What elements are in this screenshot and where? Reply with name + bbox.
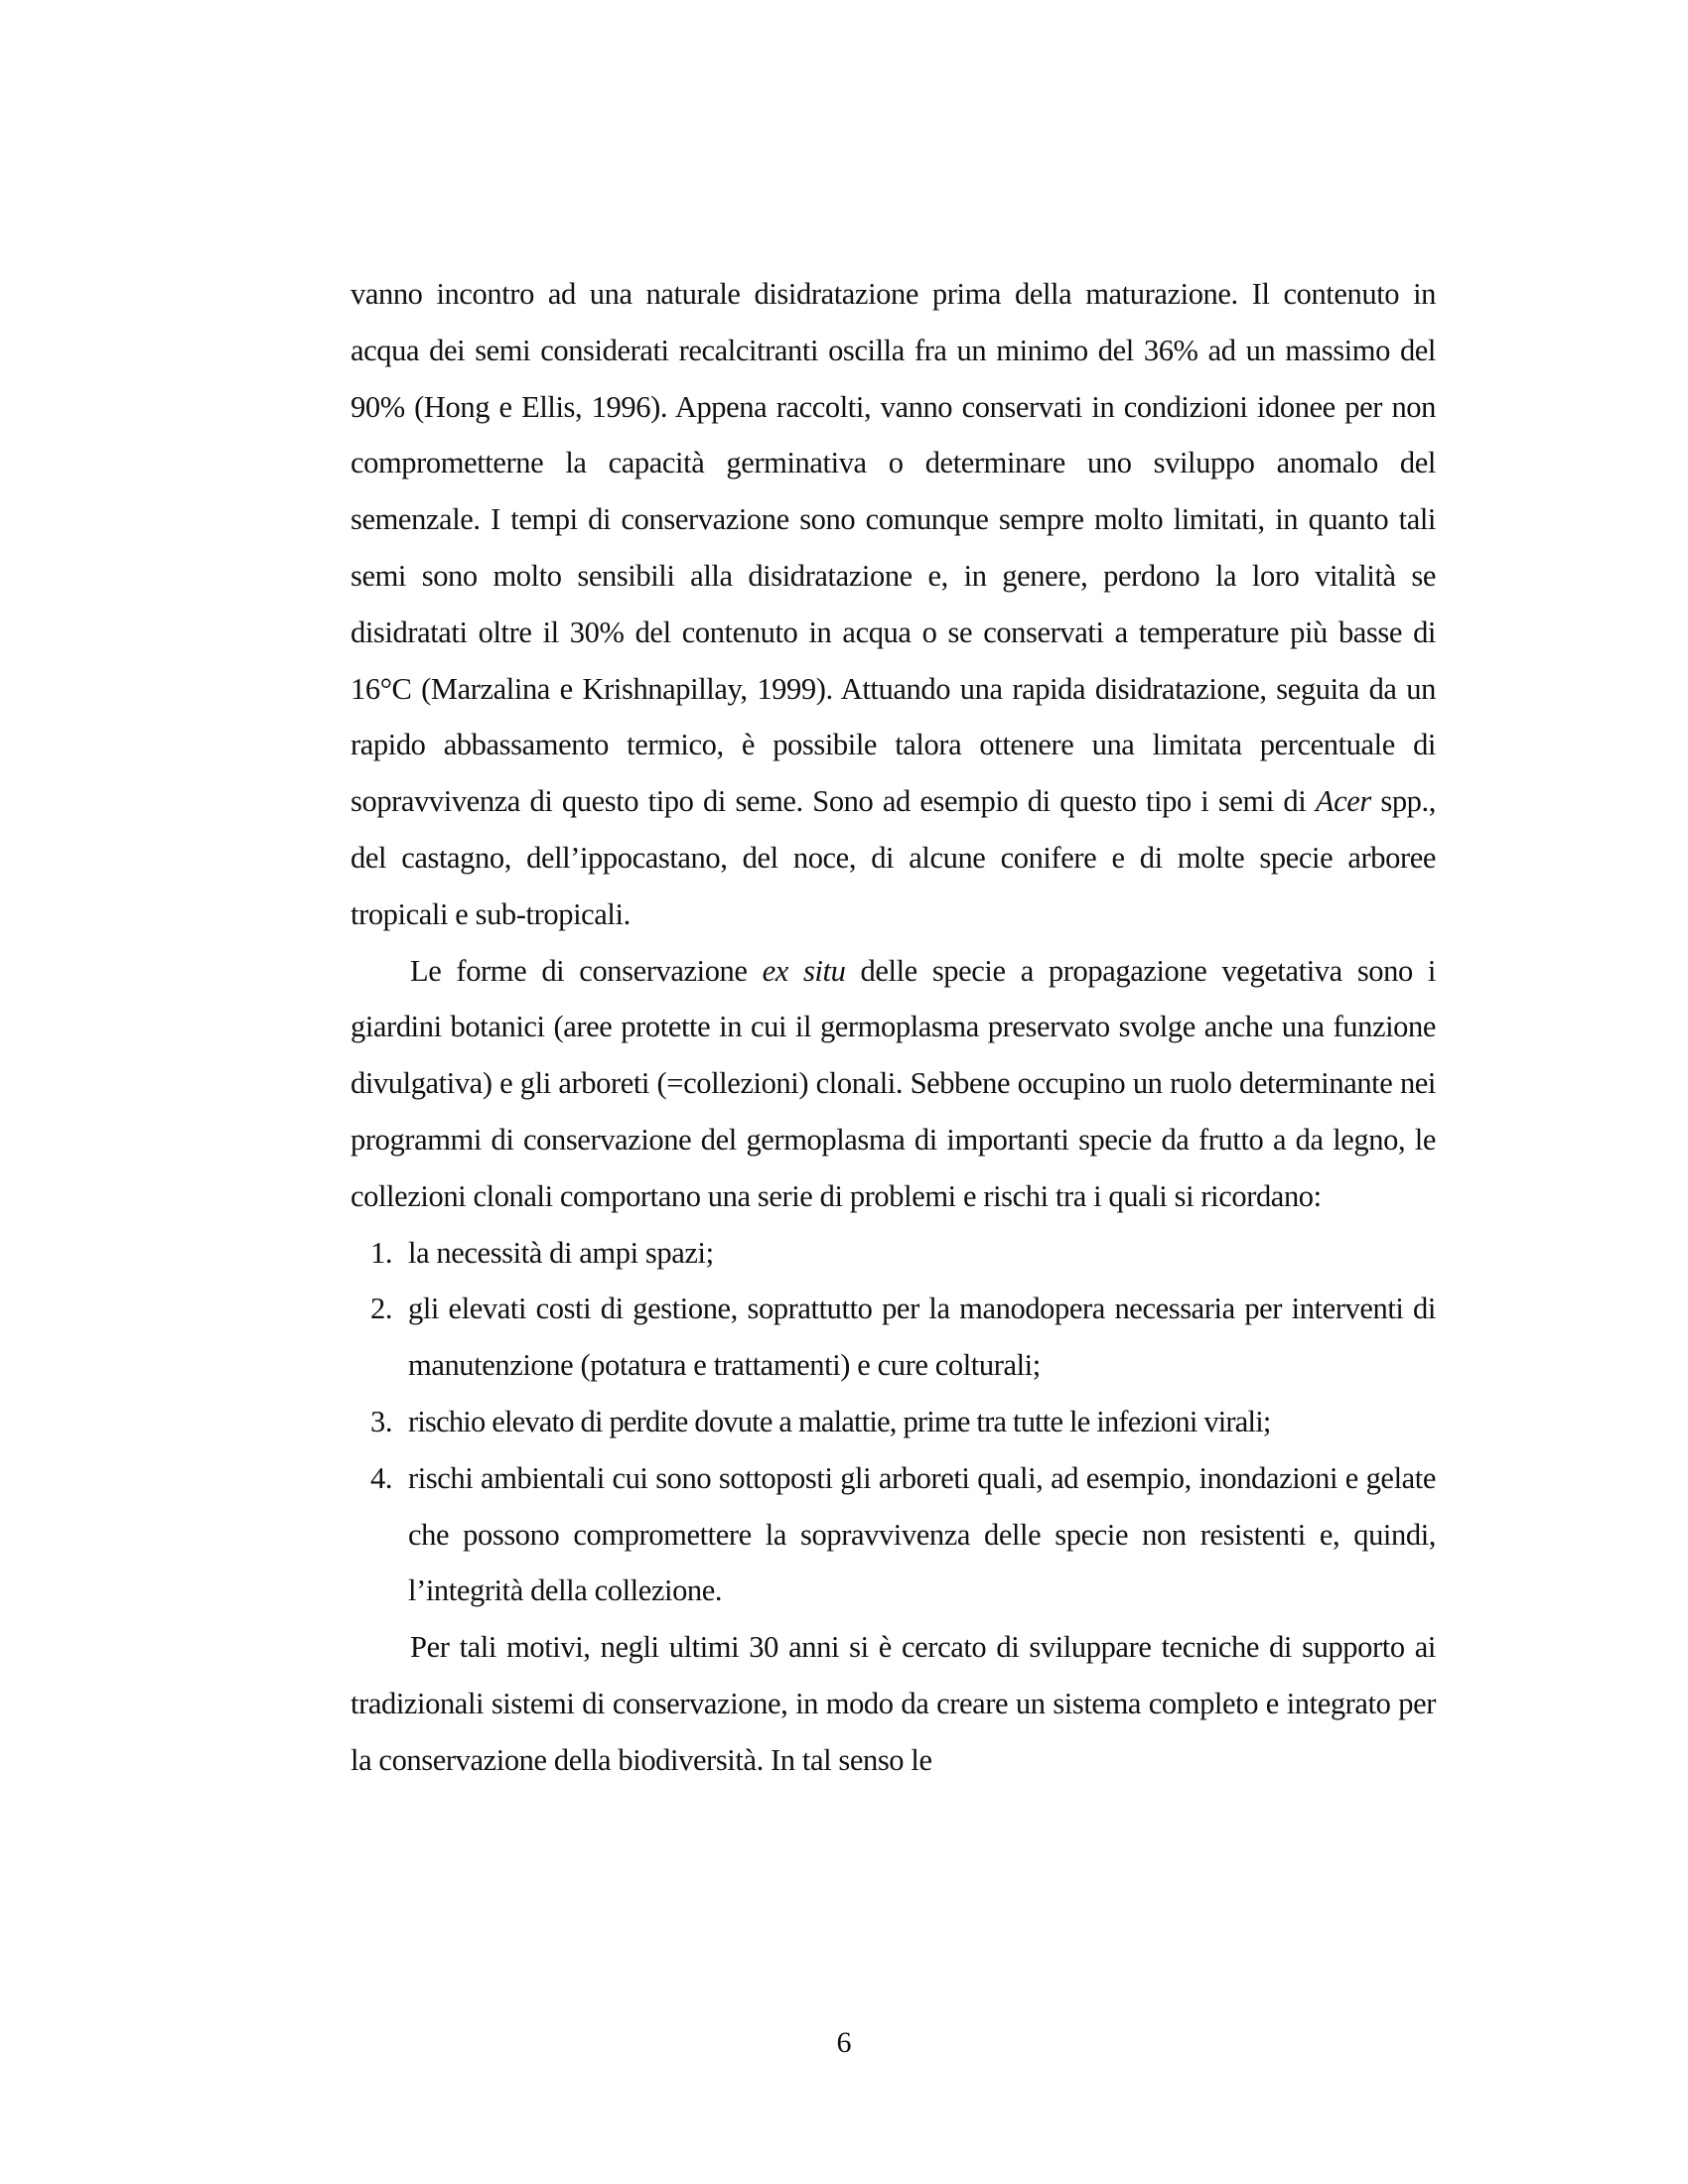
paragraph-text: delle specie a propagazione vegetativa s…	[351, 954, 1436, 1213]
paragraph-ex-situ-conservation: Le forme di conservazione ex situ delle …	[351, 943, 1436, 1225]
page-number: 6	[0, 2025, 1688, 2061]
paragraph-text: vanno incontro ad una naturale disidrata…	[351, 277, 1436, 818]
list-item: 4. rischi ambientali cui sono sottoposti…	[351, 1450, 1436, 1619]
paragraph-seed-recalcitrance: vanno incontro ad una naturale disidrata…	[351, 266, 1436, 943]
problems-list: 1. la necessità di ampi spazi; 2. gli el…	[351, 1225, 1436, 1620]
species-name-italic: Acer	[1316, 784, 1371, 818]
list-item-text: rischi ambientali cui sono sottoposti gl…	[408, 1461, 1436, 1608]
list-item-number: 3.	[370, 1394, 392, 1450]
list-item-text: rischio elevato di perdite dovute a mala…	[408, 1405, 1271, 1438]
paragraph-text: Per tali motivi, negli ultimi 30 anni si…	[351, 1630, 1436, 1777]
list-item-number: 1.	[370, 1225, 392, 1282]
list-item-text: la necessità di ampi spazi;	[408, 1236, 714, 1270]
list-item-number: 4.	[370, 1450, 392, 1507]
list-item: 3. rischio elevato di perdite dovute a m…	[351, 1394, 1436, 1450]
list-item-number: 2.	[370, 1281, 392, 1337]
list-item-text: gli elevati costi di gestione, soprattut…	[408, 1292, 1436, 1382]
term-italic: ex situ	[763, 954, 846, 988]
list-item: 2. gli elevati costi di gestione, soprat…	[351, 1281, 1436, 1394]
paragraph-text: Le forme di conservazione	[410, 954, 763, 988]
page-body: vanno incontro ad una naturale disidrata…	[351, 266, 1436, 1789]
paragraph-support-techniques: Per tali motivi, negli ultimi 30 anni si…	[351, 1619, 1436, 1788]
list-item: 1. la necessità di ampi spazi;	[351, 1225, 1436, 1282]
